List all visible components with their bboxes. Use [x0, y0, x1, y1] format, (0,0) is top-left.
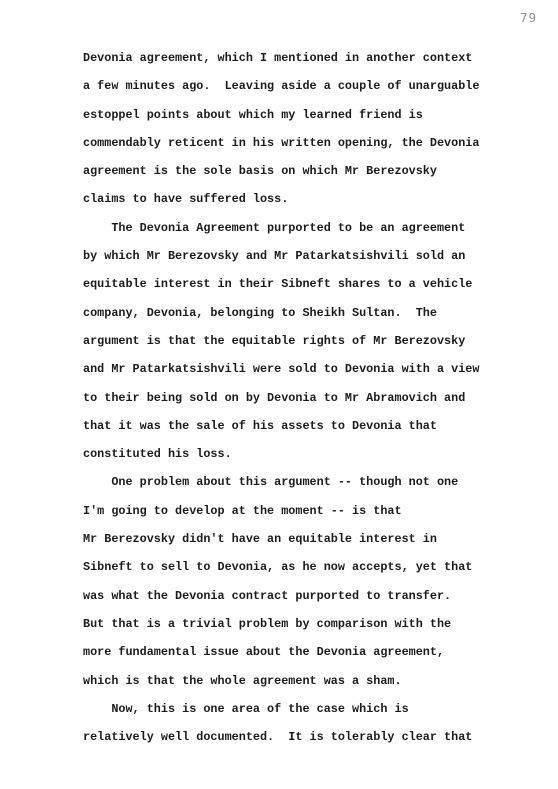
transcript-line: company, Devonia, belonging to Sheikh Su…: [83, 299, 479, 327]
transcript-line: constituted his loss.: [83, 440, 479, 468]
transcript-line: The Devonia Agreement purported to be an…: [83, 214, 479, 242]
transcript-line: a few minutes ago. Leaving aside a coupl…: [83, 72, 479, 100]
transcript-line: and Mr Patarkatsishvili were sold to Dev…: [83, 355, 479, 383]
transcript-line: One problem about this argument -- thoug…: [83, 468, 479, 496]
transcript-line: Devonia agreement, which I mentioned in …: [83, 44, 479, 72]
transcript-line: was what the Devonia contract purported …: [83, 582, 479, 610]
transcript-body: Devonia agreement, which I mentioned in …: [83, 44, 479, 751]
transcript-line: But that is a trivial problem by compari…: [83, 610, 479, 638]
transcript-line: to their being sold on by Devonia to Mr …: [83, 384, 479, 412]
transcript-line: relatively well documented. It is tolera…: [83, 723, 479, 751]
transcript-line: claims to have suffered loss.: [83, 185, 479, 213]
page-number: 79: [520, 10, 537, 25]
transcript-line: by which Mr Berezovsky and Mr Patarkatsi…: [83, 242, 479, 270]
transcript-line: I'm going to develop at the moment -- is…: [83, 497, 479, 525]
transcript-line: Mr Berezovsky didn't have an equitable i…: [83, 525, 479, 553]
transcript-line: that it was the sale of his assets to De…: [83, 412, 479, 440]
transcript-line: agreement is the sole basis on which Mr …: [83, 157, 479, 185]
transcript-line: argument is that the equitable rights of…: [83, 327, 479, 355]
transcript-line: Sibneft to sell to Devonia, as he now ac…: [83, 553, 479, 581]
transcript-line: which is that the whole agreement was a …: [83, 667, 479, 695]
transcript-line: estoppel points about which my learned f…: [83, 101, 479, 129]
transcript-line: more fundamental issue about the Devonia…: [83, 638, 479, 666]
transcript-line: commendably reticent in his written open…: [83, 129, 479, 157]
document-page: 79 Devonia agreement, which I mentioned …: [0, 0, 558, 789]
transcript-line: equitable interest in their Sibneft shar…: [83, 270, 479, 298]
transcript-line: Now, this is one area of the case which …: [83, 695, 479, 723]
